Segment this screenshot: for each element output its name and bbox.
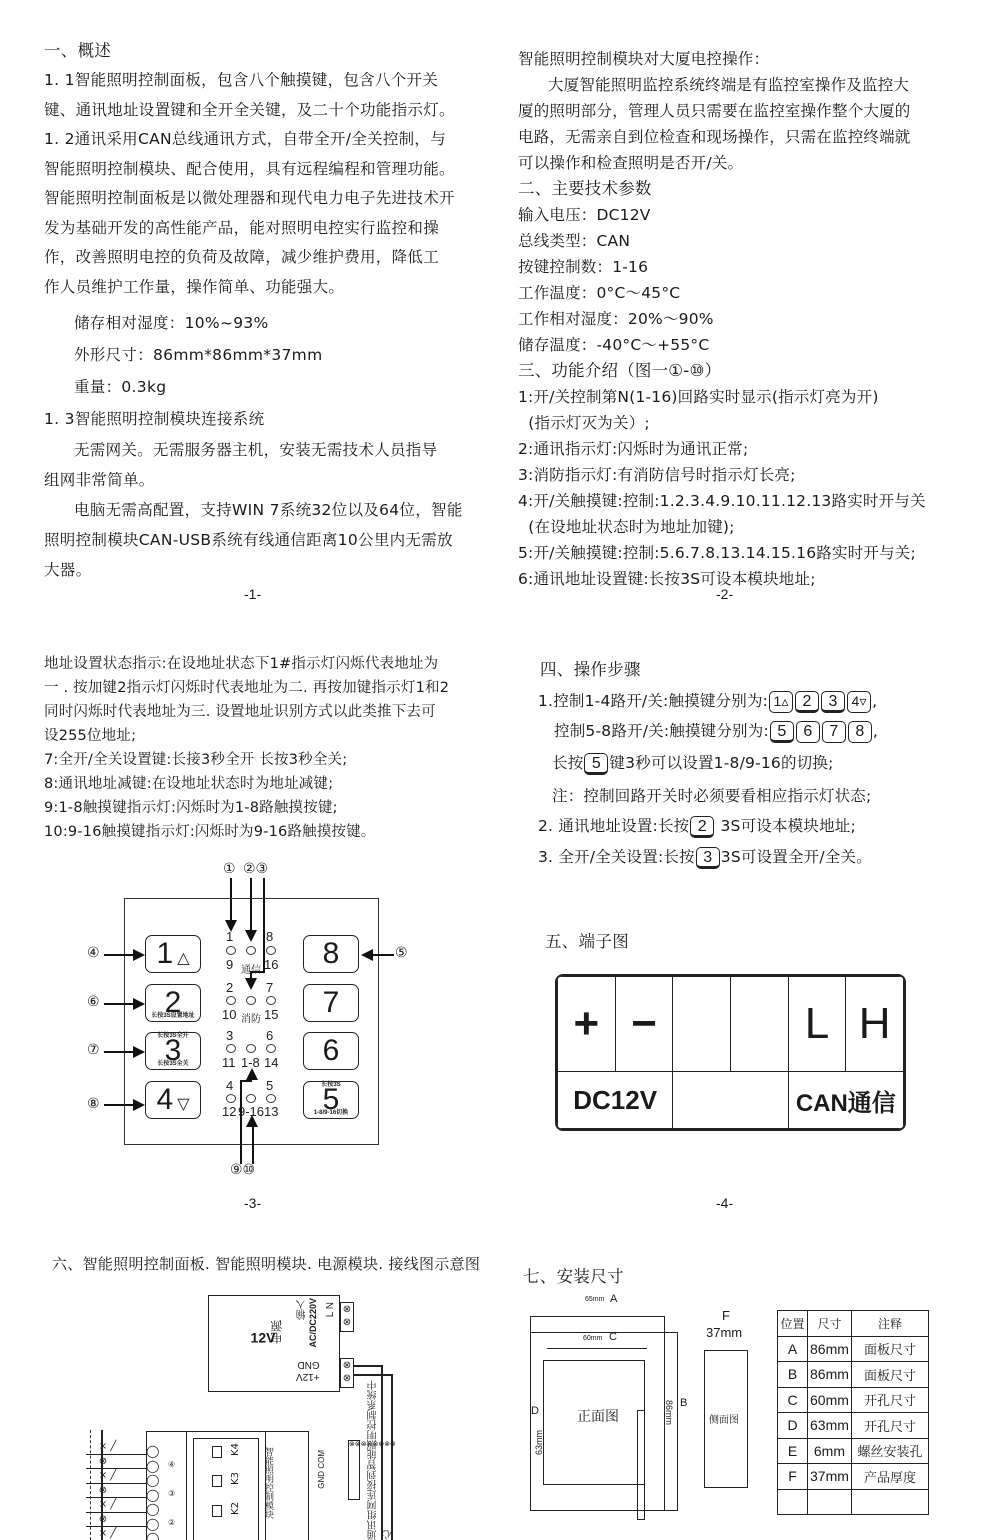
step-text: 3. 全开/全关设置:长按	[538, 848, 695, 866]
table-cell: B	[778, 1362, 808, 1388]
side-view-label: 侧面图	[709, 1411, 739, 1426]
key-caption: 长按3S设置地址	[146, 1013, 200, 1020]
callout-1: ①	[223, 861, 236, 877]
led-indicator	[246, 946, 256, 955]
table-header-row: 位置 尺寸 注释	[778, 1311, 929, 1337]
callout-7: ⑦	[87, 1042, 100, 1058]
arrow-head-right	[133, 1046, 145, 1058]
table-row: B 86mm 面板尺寸	[778, 1362, 929, 1388]
bus-labels: GND COM	[317, 1450, 326, 1489]
led-label: 消防	[241, 1010, 261, 1025]
channel-num: ②	[168, 1508, 175, 1537]
led-label: 5	[266, 1078, 273, 1093]
table-cell: 螺丝安装孔	[851, 1438, 928, 1464]
channel-numbers: ④ ③ ②	[168, 1450, 175, 1537]
table-row: C 60mm 开孔尺寸	[778, 1387, 929, 1413]
text-line: 同时闪烁时代表地址为三. 设置地址识别方式以此类推下去可	[44, 700, 449, 724]
table-row: A 86mm 面板尺寸	[778, 1336, 929, 1362]
params-heading: 二、主要技术参数	[518, 176, 926, 202]
arrow-line	[240, 1080, 242, 1164]
network-connection-label: 通讯组网连接到智能照明控制系统中心	[366, 1380, 396, 1540]
spec-storage-humidity: 储存相对湿度：10%~93%	[44, 307, 463, 339]
channel-num: ④	[168, 1450, 175, 1479]
key-8: 8	[303, 935, 359, 973]
dim-a-letter: A	[610, 1293, 617, 1305]
steps-heading: 四、操作步骤	[540, 655, 641, 685]
led-indicator	[266, 1044, 276, 1053]
mini-key-2: 2	[690, 816, 714, 838]
func-item: 2:通讯指示灯:闪烁时为通讯正常;	[518, 436, 926, 462]
param-voltage: 输入电压：DC12V	[518, 202, 926, 228]
led-indicator	[266, 996, 276, 1005]
step-3: 3. 全开/全关设置:长按33S可设置全开/全关。	[538, 843, 872, 871]
table-header: 位置	[778, 1311, 808, 1337]
bus-terminal-block: ⊗⊗⊗⊗⊗⊗⊗⊗	[348, 1440, 360, 1500]
table-cell: D	[778, 1413, 808, 1439]
mini-key-5: 5	[584, 753, 608, 775]
down-triangle-icon: ▽	[177, 1096, 189, 1113]
param-keys: 按键控制数：1-16	[518, 254, 926, 280]
table-cell: 63mm	[808, 1413, 852, 1439]
install-heading: 七、安装尺寸	[523, 1262, 624, 1292]
dim-line	[530, 1316, 665, 1317]
text-line: 键、通讯地址设置键和全开全关键，及二十个功能指示灯。	[44, 96, 455, 126]
dim-b-value: 86mm	[664, 1400, 674, 1425]
spec-weight: 重量：0.3kg	[44, 371, 463, 403]
step-1-line-a: 1.控制1-4路开/关:触摸键分别为:1▵234▿,	[538, 687, 877, 715]
arrow-line	[104, 1003, 134, 1005]
module-relay-area	[193, 1438, 259, 1540]
terminal-plus: +	[558, 977, 616, 1072]
wiring-heading: 六、智能照明控制面板. 智能照明模块. 电源模块. 接线图示意图	[52, 1250, 480, 1280]
text-line: 大厦智能照明监控系统终端是有监控室操作及监控大	[518, 72, 926, 98]
table-cell: 86mm	[808, 1336, 852, 1362]
terminal-label-empty	[673, 1072, 788, 1129]
bus-label: COM	[317, 1450, 326, 1469]
terminal-circles: ◯◯◯◯◯◯◯	[146, 1444, 159, 1540]
led-indicator	[246, 1044, 256, 1053]
page-number: -3-	[244, 1195, 261, 1211]
step-1-line-c: 长按5键3秒可以设置1-8/9-16的切换;	[552, 749, 834, 777]
text-line: 智能照明控制模块、配合使用，具有远程编程和管理功能。	[44, 155, 455, 185]
key-number: 1	[157, 937, 174, 970]
dim-c-value: 60mm	[583, 1335, 602, 1342]
led-indicator	[246, 996, 256, 1005]
led-label: 2	[226, 980, 233, 995]
func-item: (在设地址状态时为地址加键);	[518, 514, 926, 540]
step-1-line-b: 控制5-8路开/关:触摸键分别为:5678,	[554, 717, 878, 745]
step-text: 长按	[552, 754, 583, 772]
wire-gnd	[354, 1365, 382, 1367]
step-2: 2. 通讯地址设置:长按2 3S可设本模块地址;	[538, 812, 856, 840]
arrow-line	[372, 954, 394, 956]
param-work-humidity: 工作相对湿度：20%～90%	[518, 306, 926, 332]
callout-9-10: ⑨⑩	[230, 1162, 255, 1178]
psu-input-terminals: L N	[325, 1302, 336, 1317]
dim-c-letter: C	[609, 1331, 617, 1343]
module-name: 智能照明控制模块	[262, 1447, 275, 1519]
key-caption: 长按3S	[304, 1082, 358, 1089]
table-cell: 37mm	[808, 1464, 852, 1490]
wire-12v	[354, 1374, 392, 1376]
led-label: 7	[266, 980, 273, 995]
terminal-empty	[673, 977, 731, 1072]
mounting-bracket	[637, 1410, 645, 1520]
led-label: 6	[266, 1028, 273, 1043]
address-and-function-text: 地址设置状态指示:在设地址状态下1#指示灯闪烁代表地址为 一 . 按加键2指示灯…	[44, 652, 449, 844]
led-label: 11	[222, 1055, 236, 1070]
arrow-line	[104, 1051, 134, 1053]
step-text: 3S可设本模块地址;	[715, 817, 856, 835]
bus-label: GND	[317, 1471, 326, 1489]
mini-key-4: 4▿	[847, 691, 871, 713]
text-line: 地址设置状态指示:在设地址状态下1#指示灯闪烁代表地址为	[44, 652, 449, 676]
arrow-line	[240, 1080, 252, 1082]
led-indicator	[226, 946, 236, 955]
punct: ,	[872, 692, 877, 710]
text-line: 组网非常简单。	[44, 465, 463, 495]
step-note: 注：控制回路开关时必须要看相应指示灯状态;	[552, 782, 871, 810]
table-header: 注释	[851, 1311, 928, 1337]
arrow-head-right	[133, 998, 145, 1010]
psu-output-labels: +12V GND	[296, 1358, 320, 1382]
table-cell: 开孔尺寸	[851, 1387, 928, 1413]
key-5-switch: 长按3S 5 1-8/9-16切换	[303, 1081, 359, 1119]
key-caption: 长按3S全开	[146, 1033, 200, 1040]
led-label: 13	[264, 1104, 278, 1119]
callout-2-3: ②③	[243, 861, 268, 877]
text-line: 作，改善照明电控的负荷及故障，减少维护费用，降低工	[44, 243, 455, 273]
punct: ,	[873, 722, 878, 740]
front-view-label: 正面图	[577, 1406, 619, 1426]
key-number: 4	[157, 1083, 174, 1116]
led-label: 4	[226, 1078, 233, 1093]
table-cell: A	[778, 1336, 808, 1362]
key-2-address: 2 长按3S设置地址	[145, 984, 201, 1022]
dim-f-letter: F	[722, 1308, 730, 1323]
table-cell: 86mm	[808, 1362, 852, 1388]
page-number: -4-	[716, 1195, 733, 1211]
panel-outline	[677, 1332, 678, 1510]
key-6: 6	[303, 1032, 359, 1070]
dim-a-value: 65mm	[585, 1296, 604, 1303]
step-text: 1.控制1-4路开/关:触摸键分别为:	[538, 692, 768, 710]
panel-outline	[530, 1510, 678, 1511]
dim-line	[547, 1348, 647, 1349]
mini-key-1: 1▵	[769, 691, 793, 713]
page-number: -1-	[244, 586, 261, 602]
led-label: 16	[264, 957, 278, 972]
text-line: 照明控制模块CAN-USB系统有线通信距离10公里内无需放	[44, 525, 463, 555]
mini-key-6: 6	[796, 721, 820, 743]
panel-outline	[530, 1332, 678, 1333]
key-1-up: 1△	[145, 935, 201, 973]
table-cell	[778, 1489, 808, 1515]
terminal-can-h: H	[846, 977, 904, 1072]
dim-f-value: 37mm	[706, 1325, 742, 1340]
led-indicator	[266, 946, 276, 955]
text-line: 7:全开/全关设置键:长接3秒全开 长按3秒全关;	[44, 748, 449, 772]
arrow-line	[252, 1125, 254, 1164]
psu-output-12v: +12V	[296, 1370, 320, 1382]
callout-6: ⑥	[87, 994, 100, 1010]
callout-8: ⑧	[87, 1096, 100, 1112]
psu-input-terminal-block: ⊗⊗	[340, 1302, 354, 1332]
func-item: 5:开/关触摸键:控制:5.6.7.8.13.14.15.16路实时开与关;	[518, 540, 926, 566]
dim-d-value: 63mm	[534, 1430, 544, 1455]
terminal-empty	[730, 977, 788, 1072]
led-label: 1	[226, 929, 233, 944]
led-label: 通信	[241, 961, 261, 976]
table-row: E 6mm 螺丝安装孔	[778, 1438, 929, 1464]
text-line: 作人员维护工作量，操作简单、功能强大。	[44, 273, 455, 303]
func-heading: 三、功能介绍（图一①-⑩）	[518, 358, 926, 384]
mini-key-3: 3	[696, 847, 720, 869]
psu-output-gnd: GND	[296, 1358, 320, 1370]
text-line: 1. 2通讯采用CAN总线通讯方式，自带全开/全关控制，与	[44, 125, 455, 155]
text-line: 设255位地址;	[44, 724, 449, 748]
section-1-3-title: 1. 3智能照明控制模块连接系统	[44, 403, 463, 435]
arrow-line	[104, 1104, 134, 1106]
text-line: 8:通讯地址减键:在设地址状态时为地址减键;	[44, 772, 449, 796]
relay-label: K2	[230, 1502, 241, 1515]
table-cell: 6mm	[808, 1438, 852, 1464]
intro-title: 智能照明控制模块对大厦电控操作：	[518, 46, 926, 72]
arrow-head-right	[133, 949, 145, 961]
mini-key-5: 5	[770, 721, 794, 743]
load-wiring: × ╱ ⊗ × ╱ ⊗ × ╱ ⊗ × ╱	[86, 1440, 146, 1540]
led-label: 12	[222, 1104, 236, 1119]
key-caption: 长按3S全关	[146, 1061, 200, 1068]
page-number: -2-	[716, 586, 733, 602]
led-indicator	[226, 996, 236, 1005]
key-7: 7	[303, 984, 359, 1022]
led-indicator	[226, 1094, 236, 1103]
relay-label: K3	[230, 1472, 241, 1485]
text-line: 智能照明控制面板是以微处理器和现代电力电子先进技术开	[44, 184, 455, 214]
dim-b-letter: B	[680, 1397, 687, 1409]
text-line: 一 . 按加键2指示灯闪烁时代表地址为二. 再按加键指示灯1和2	[44, 676, 449, 700]
specs-list: 储存相对湿度：10%~93% 外形尺寸：86mm*86mm*37mm 重量：0.…	[44, 307, 463, 585]
section-heading-overview: 一、概述	[44, 36, 111, 66]
text-line: 发为基础开发的高性能产品，能对照明电控实行监控和操	[44, 214, 455, 244]
relay-k3	[212, 1475, 222, 1487]
terminal-label-can: CAN通信	[788, 1072, 903, 1129]
table-cell: 60mm	[808, 1387, 852, 1413]
terminal-label-dc12v: DC12V	[558, 1072, 673, 1129]
table-cell: 开孔尺寸	[851, 1413, 928, 1439]
text-line: 大器。	[44, 555, 463, 585]
step-text: 3S可设置全开/全关。	[721, 848, 872, 866]
led-indicator	[266, 1094, 276, 1103]
table-cell: 产品厚度	[851, 1464, 928, 1490]
terminal-minus: −	[615, 977, 673, 1072]
table-cell: C	[778, 1387, 808, 1413]
text-line: 厦的照明部分，管理人员只需要在监控室操作整个大厦的	[518, 98, 926, 124]
table-header: 尺寸	[808, 1311, 852, 1337]
psu-title: 电源	[268, 1320, 285, 1344]
terminal-can-l: L	[788, 977, 846, 1072]
arrow-head-up	[246, 1068, 258, 1080]
wire-live	[101, 1430, 103, 1540]
table-cell	[851, 1489, 928, 1515]
param-storage-temp: 储存温度：-40°C～+55°C	[518, 332, 926, 358]
param-bus: 总线类型：CAN	[518, 228, 926, 254]
key-3-all-on-off: 长按3S全开 3 长按3S全关	[145, 1032, 201, 1070]
up-triangle-icon: △	[177, 950, 189, 967]
key-number: 8	[323, 937, 340, 970]
callout-5: ⑤	[395, 945, 408, 961]
dimension-table: 位置 尺寸 注释 A 86mm 面板尺寸 B 86mm 面板尺寸 C 60mm …	[777, 1310, 929, 1515]
psu-input-spec: AC/DC220V	[308, 1298, 318, 1348]
func-item: 3:消防指示灯:有消防信号时指示灯长亮;	[518, 462, 926, 488]
text-line: 可以操作和检查照明是否开/关。	[518, 150, 926, 176]
step-text: 键3秒可以设置1-8/9-16的切换;	[609, 754, 833, 772]
func-item: 1:开/关控制第N(1-16)回路实时显示(指示灯亮为开)	[518, 384, 926, 410]
relay-k2	[212, 1505, 222, 1517]
table-cell	[808, 1489, 852, 1515]
text-line: 9:1-8触摸键指示灯:闪烁时为1-8路触摸按键;	[44, 796, 449, 820]
led-indicator	[246, 1094, 256, 1103]
table-row: F 37mm 产品厚度	[778, 1464, 929, 1490]
relay-k4	[212, 1446, 222, 1458]
mini-key-2: 2	[795, 691, 819, 713]
key-4-down: 4▽	[145, 1081, 201, 1119]
text-line: 无需网关。无需服务器主机，安装无需技术人员指导	[44, 435, 463, 465]
table-cell: E	[778, 1438, 808, 1464]
relay-label: K4	[230, 1443, 241, 1456]
func-item: 4:开/关触摸键:控制:1.2.3.4.9.10.11.12.13路实时开与关	[518, 488, 926, 514]
mini-key-7: 7	[822, 721, 846, 743]
table-cell: 面板尺寸	[851, 1362, 928, 1388]
key-number: 7	[323, 986, 340, 1019]
step-text: 控制5-8路开/关:触摸键分别为:	[554, 722, 769, 740]
led-indicator	[226, 1044, 236, 1053]
mini-key-3: 3	[821, 691, 845, 713]
arrow-head-up	[246, 1115, 258, 1127]
step-text: 2. 通讯地址设置:长按	[538, 817, 689, 835]
arrow-line	[104, 954, 134, 956]
spec-dimensions: 外形尺寸：86mm*86mm*37mm	[44, 339, 463, 371]
key-caption: 1-8/9-16切换	[304, 1110, 358, 1117]
text-line: 1. 1智能照明控制面板，包含八个触摸键，包含八个开关	[44, 66, 455, 96]
table-row: D 63mm 开孔尺寸	[778, 1413, 929, 1439]
table-row	[778, 1489, 929, 1515]
key-number: 6	[323, 1034, 340, 1067]
wire-dashed	[90, 1430, 91, 1540]
arrow-head-right	[133, 1099, 145, 1111]
led-label: 8	[266, 929, 273, 944]
led-label: 3	[226, 1028, 233, 1043]
dim-d-letter: D	[531, 1405, 539, 1417]
intro-block: 智能照明控制模块对大厦电控操作： 大厦智能照明监控系统终端是有监控室操作及监控大…	[518, 46, 926, 592]
led-label: 10	[222, 1007, 236, 1022]
text-line: 10:9-16触摸键指示灯:闪烁时为9-16路触摸按键。	[44, 820, 449, 844]
func-item: (指示灯灭为关）;	[518, 410, 926, 436]
param-work-temp: 工作温度：0°C～45°C	[518, 280, 926, 306]
text-line: 电脑无需高配置，支持WIN 7系统32位以及64位，智能	[44, 495, 463, 525]
terminal-diagram: + − L H DC12V CAN通信	[555, 974, 906, 1131]
terminal-heading: 五、端子图	[545, 927, 629, 957]
psu-output-terminal-block: ⊗⊗	[340, 1358, 354, 1388]
led-label: 15	[264, 1007, 278, 1022]
mini-key-8: 8	[848, 721, 872, 743]
text-line: 电路，无需亲自到位检查和现场操作，只需在监控终端就	[518, 124, 926, 150]
table-cell: F	[778, 1464, 808, 1490]
led-label: 14	[264, 1055, 278, 1070]
led-label: 9	[226, 957, 233, 972]
table-cell: 面板尺寸	[851, 1336, 928, 1362]
channel-num: ③	[168, 1479, 175, 1508]
callout-4: ④	[87, 945, 100, 961]
overview-paragraph: 1. 1智能照明控制面板，包含八个触摸键，包含八个开关 键、通讯地址设置键和全开…	[44, 66, 455, 302]
